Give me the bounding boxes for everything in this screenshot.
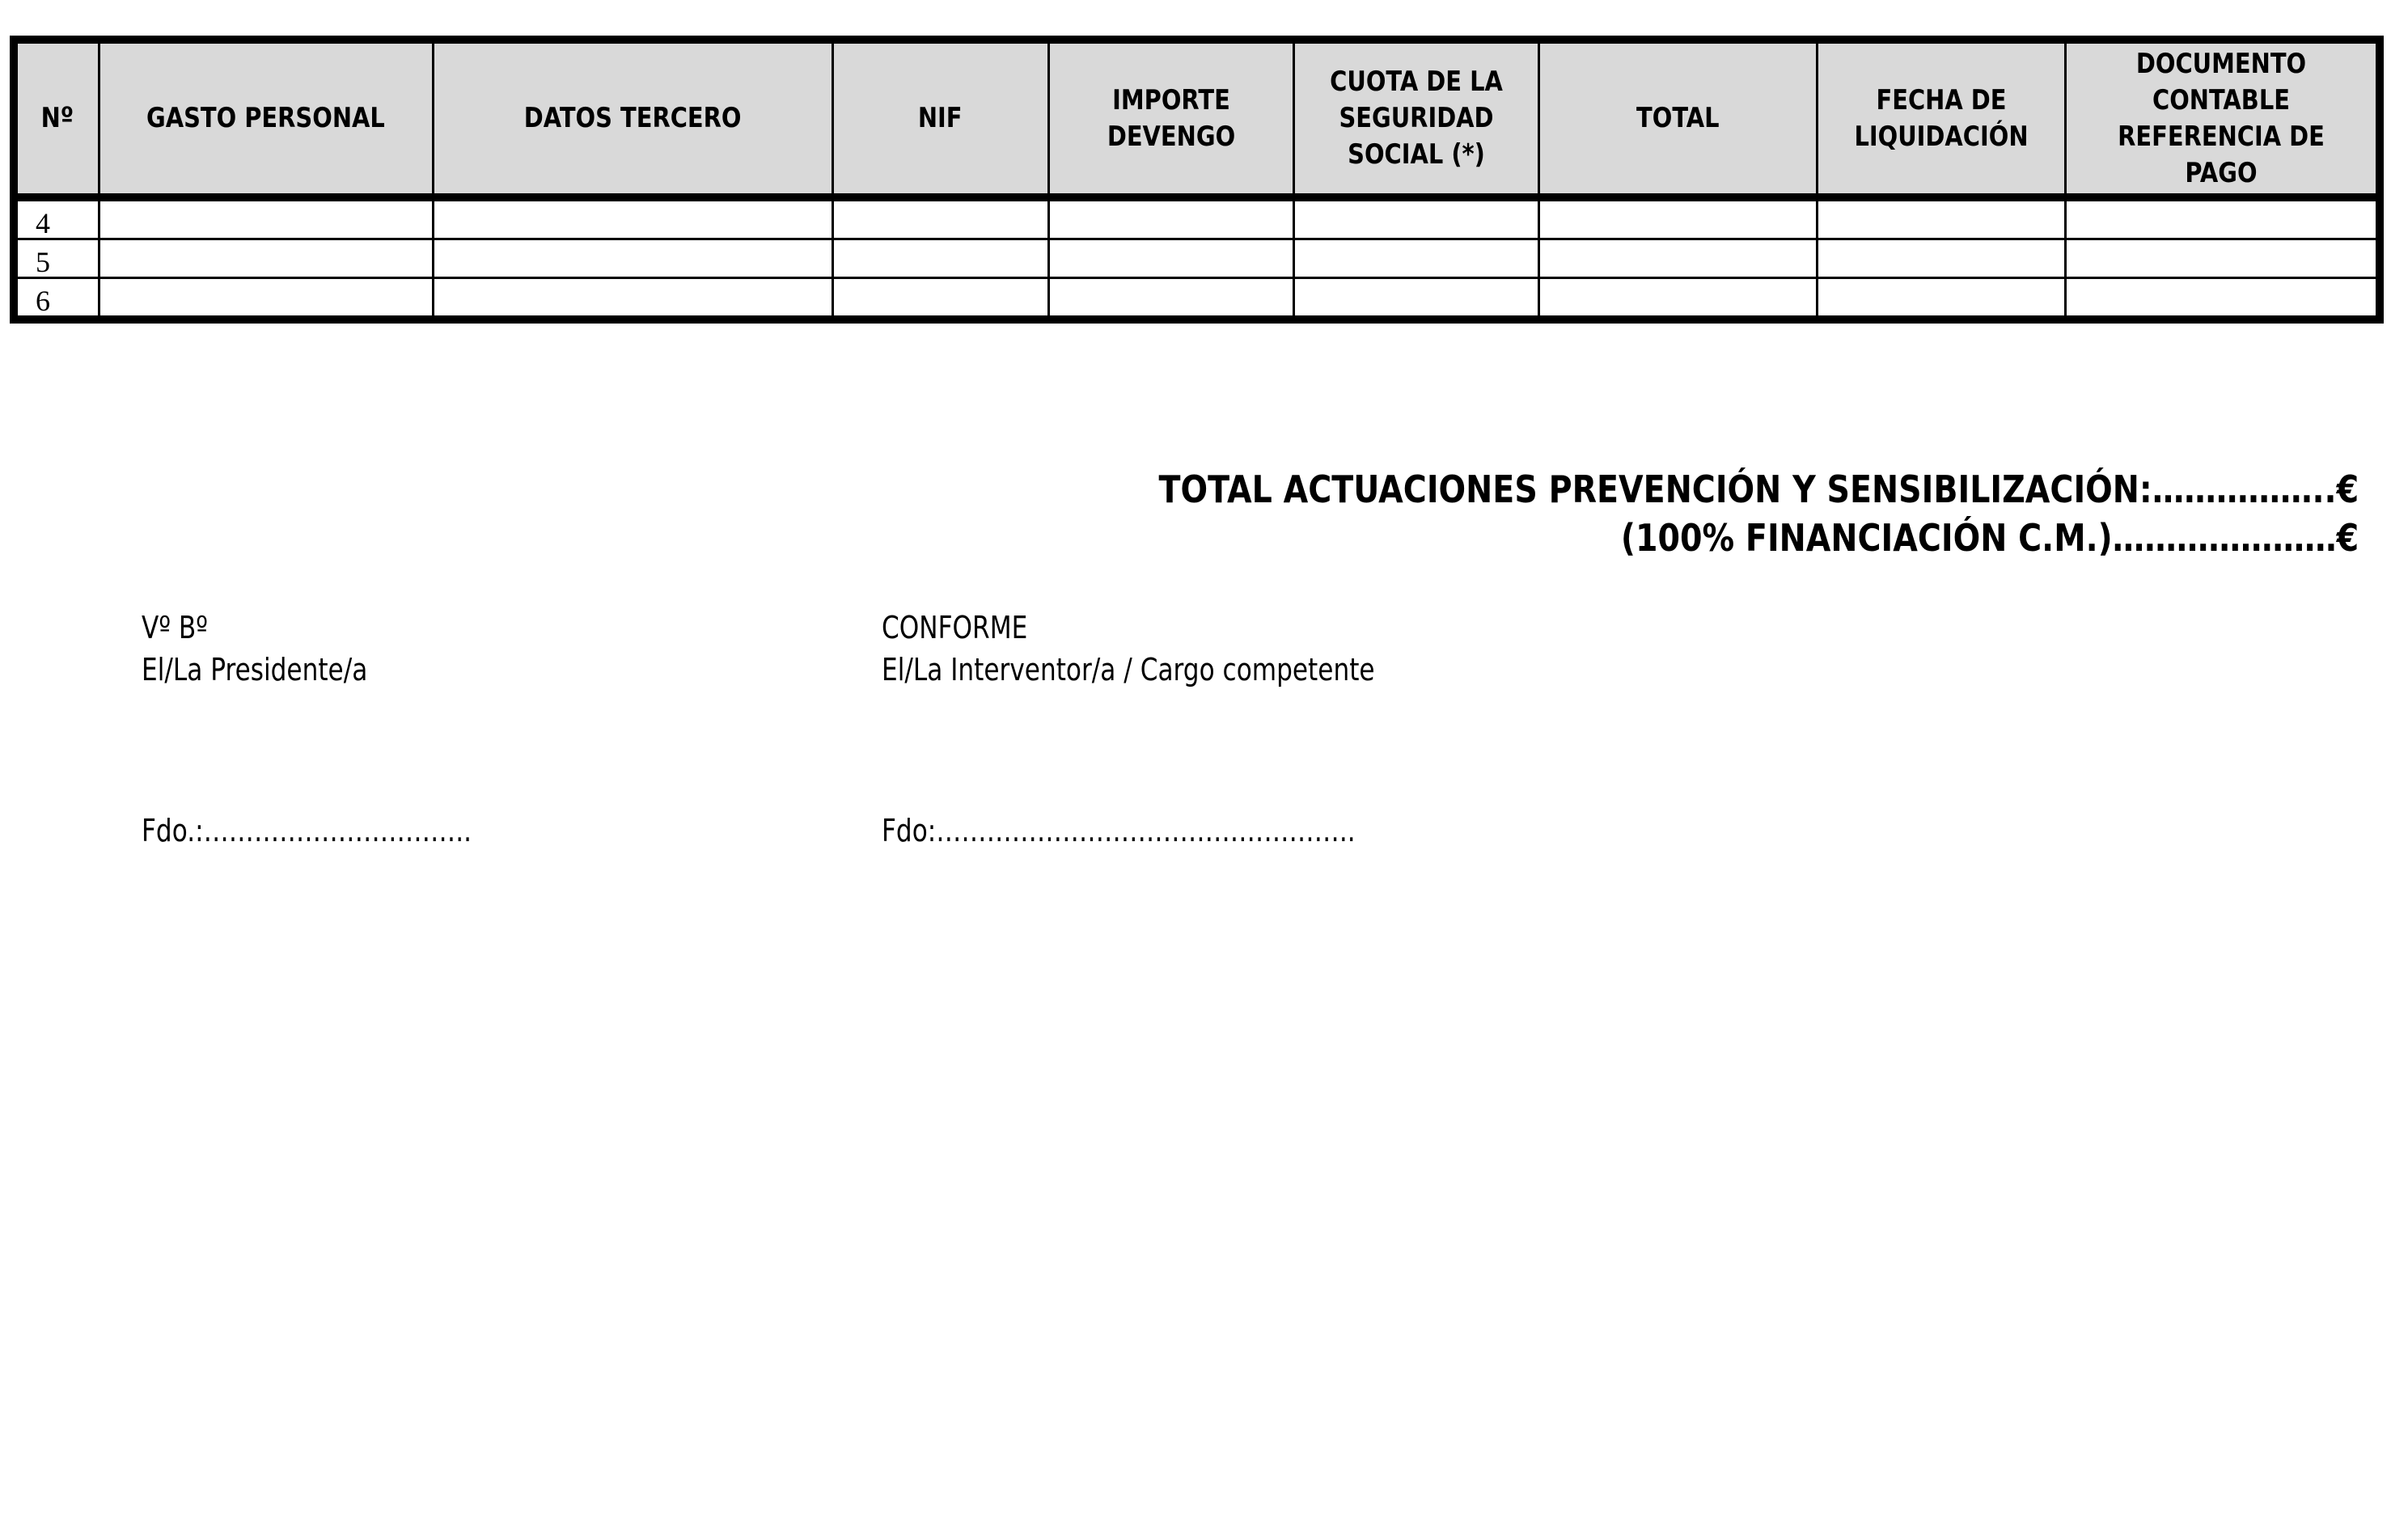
totals-block: TOTAL ACTUACIONES PREVENCIÓN Y SENSIBILI…: [963, 465, 2359, 562]
cell-number: 6: [14, 278, 99, 320]
table-row: 6: [14, 278, 2380, 320]
cell-datos-tercero[interactable]: [433, 239, 832, 278]
cell-cuota-seguridad-social[interactable]: [1293, 197, 1538, 239]
interventor-role: El/La Interventor/a / Cargo competente: [882, 649, 1375, 691]
president-signature-line[interactable]: Fdo.:…………………………..: [142, 813, 472, 848]
expense-table: Nº GASTO PERSONAL DATOS TERCERO NIF IMPO…: [10, 36, 2384, 324]
column-header-number: Nº: [14, 40, 99, 197]
column-header-fecha-liquidacion: FECHA DE LIQUIDACIÓN: [1817, 40, 2065, 197]
cell-total[interactable]: [1538, 197, 1817, 239]
total-actuaciones-line: TOTAL ACTUACIONES PREVENCIÓN Y SENSIBILI…: [1158, 465, 2359, 514]
cell-documento-contable[interactable]: [2065, 278, 2380, 320]
cell-fecha-liquidacion[interactable]: [1817, 278, 2065, 320]
column-header-total: TOTAL: [1538, 40, 1817, 197]
signature-block-president: Vº Bº El/La Presidente/a: [142, 607, 417, 691]
conforme-heading: CONFORME: [882, 607, 1375, 649]
cell-gasto-personal[interactable]: [99, 197, 433, 239]
cell-datos-tercero[interactable]: [433, 278, 832, 320]
cell-nif[interactable]: [832, 278, 1048, 320]
cell-gasto-personal[interactable]: [99, 278, 433, 320]
cell-total[interactable]: [1538, 239, 1817, 278]
cell-fecha-liquidacion[interactable]: [1817, 239, 2065, 278]
cell-importe-devengo[interactable]: [1048, 239, 1293, 278]
cell-cuota-seguridad-social[interactable]: [1293, 278, 1538, 320]
cell-documento-contable[interactable]: [2065, 239, 2380, 278]
table-row: 4: [14, 197, 2380, 239]
cell-gasto-personal[interactable]: [99, 239, 433, 278]
cell-total[interactable]: [1538, 278, 1817, 320]
cell-number: 5: [14, 239, 99, 278]
cell-datos-tercero[interactable]: [433, 197, 832, 239]
cell-fecha-liquidacion[interactable]: [1817, 197, 2065, 239]
vobo-heading: Vº Bº: [142, 607, 367, 649]
president-role: El/La Presidente/a: [142, 649, 367, 691]
cell-number: 4: [14, 197, 99, 239]
column-header-gasto-personal: GASTO PERSONAL: [99, 40, 433, 197]
column-header-datos-tercero: DATOS TERCERO: [433, 40, 832, 197]
column-header-nif: NIF: [832, 40, 1048, 197]
cell-nif[interactable]: [832, 239, 1048, 278]
cell-cuota-seguridad-social[interactable]: [1293, 239, 1538, 278]
table-row: 5: [14, 239, 2380, 278]
cell-documento-contable[interactable]: [2065, 197, 2380, 239]
signature-block-interventor: CONFORME El/La Interventor/a / Cargo com…: [882, 607, 1483, 691]
interventor-signature-line[interactable]: Fdo:…………………………………………..: [882, 813, 1356, 848]
cell-importe-devengo[interactable]: [1048, 197, 1293, 239]
column-header-cuota-seguridad-social: CUOTA DE LA SEGURIDAD SOCIAL (*): [1293, 40, 1538, 197]
financiacion-line: (100% FINANCIACIÓN C.M.)…………………€: [1158, 514, 2359, 562]
cell-nif[interactable]: [832, 197, 1048, 239]
table-header-row: Nº GASTO PERSONAL DATOS TERCERO NIF IMPO…: [14, 40, 2380, 197]
column-header-documento-contable: DOCUMENTO CONTABLE REFERENCIA DE PAGO: [2065, 40, 2380, 197]
column-header-importe-devengo: IMPORTE DEVENGO: [1048, 40, 1293, 197]
cell-importe-devengo[interactable]: [1048, 278, 1293, 320]
